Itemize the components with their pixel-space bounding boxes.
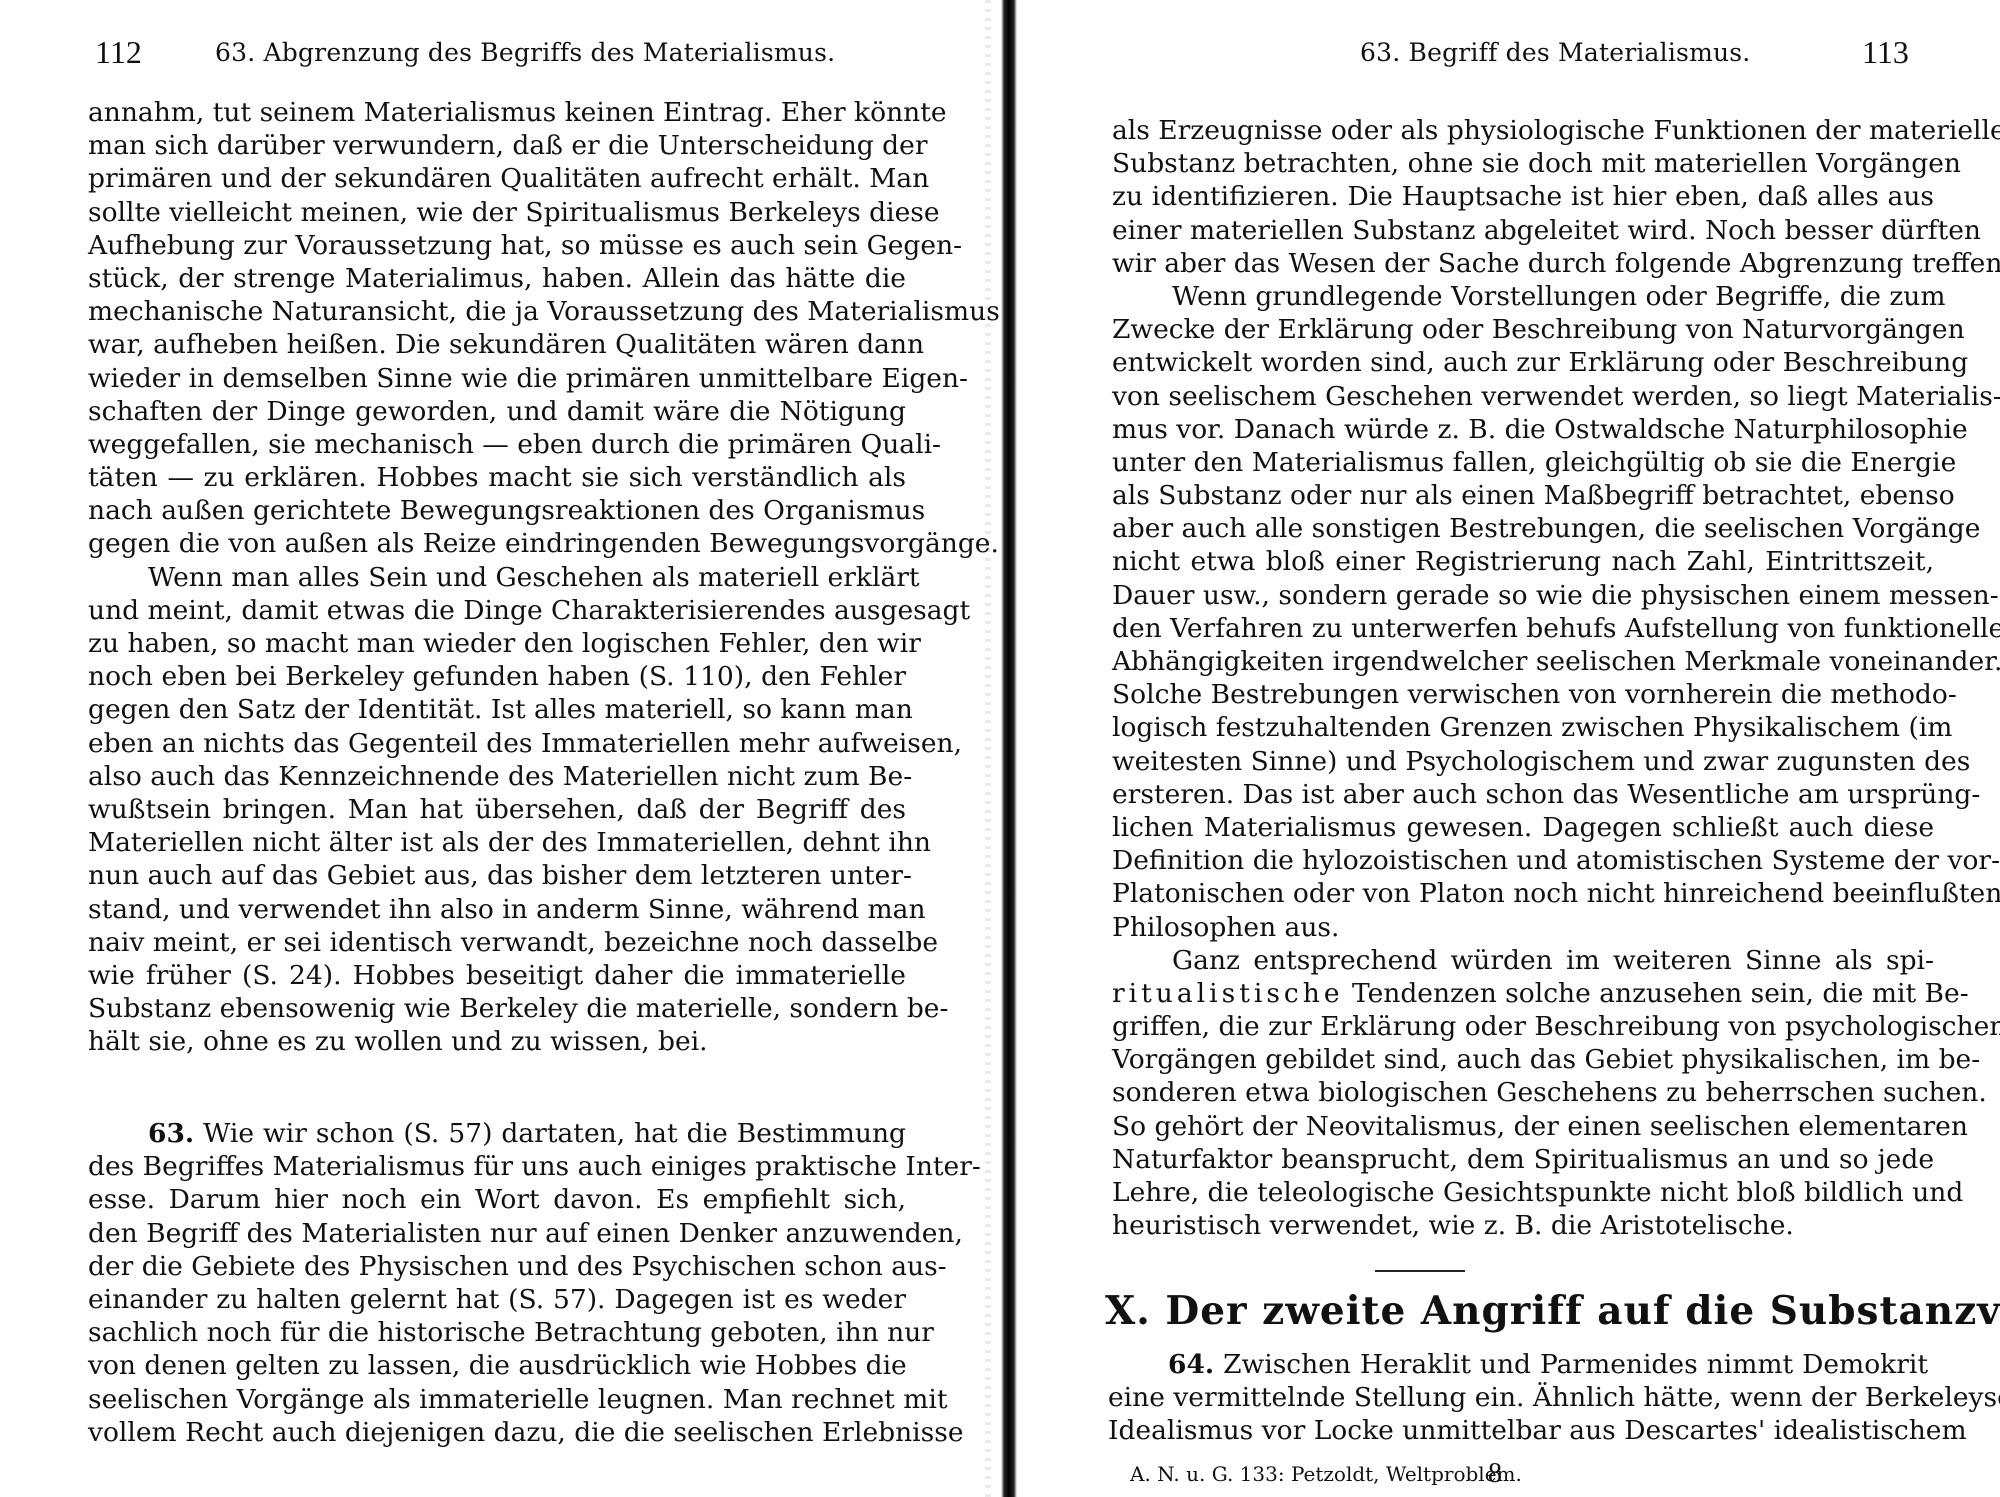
text-line: ersteren. Das ist aber auch schon das We…	[1112, 778, 1934, 811]
text-line: täten — zu erklären. Hobbes macht sie si…	[88, 461, 906, 494]
text-line: Materiellen nicht älter ist als der des …	[88, 826, 906, 859]
body-text: annahm, tut seinem Materialismus keinen …	[88, 96, 906, 1058]
text-line: aber auch alle sonstigen Bestrebungen, d…	[1112, 512, 1934, 545]
text-line: zu haben, so macht man wieder den logisc…	[88, 627, 906, 660]
text-line: den Begriff des Materialisten nur auf ei…	[88, 1217, 906, 1250]
text-line: sonderen etwa biologischen Geschehens zu…	[1112, 1076, 1934, 1109]
text-line: und meint, damit etwas die Dinge Charakt…	[88, 594, 906, 627]
text-line: annahm, tut seinem Materialismus keinen …	[88, 96, 906, 129]
text-line: Idealismus vor Locke unmittelbar aus Des…	[1108, 1414, 1928, 1447]
text-line: zu identifizieren. Die Hauptsache ist hi…	[1112, 180, 1934, 213]
text-line: Abhängigkeiten irgendwelcher seelischen …	[1112, 645, 1934, 678]
text-line: man sich darüber verwundern, daß er die …	[88, 129, 906, 162]
section-first-line: 63. Wie wir schon (S. 57) dartaten, hat …	[88, 1117, 906, 1150]
gutter-shadow	[985, 0, 991, 1497]
text-line: mus vor. Danach würde z. B. die Ostwalds…	[1112, 413, 1934, 446]
text-line: ritualistische Tendenzen solche anzusehe…	[1112, 977, 1934, 1010]
text-line: entwickelt worden sind, auch zur Erkläru…	[1112, 346, 1934, 379]
text-line: unter den Materialismus fallen, gleichgü…	[1112, 446, 1934, 479]
text-line: nicht etwa bloß einer Registrierung nach…	[1112, 545, 1934, 578]
text-line: den Verfahren zu unterwerfen behufs Aufs…	[1112, 612, 1934, 645]
text-line: Definition die hylozoistischen und atomi…	[1112, 844, 1934, 877]
text-line: einer materiellen Substanz abgeleitet wi…	[1112, 214, 1934, 247]
text-line: stand, und verwendet ihn also in anderm …	[88, 893, 906, 926]
text-line: gegen den Satz der Identität. Ist alles …	[88, 693, 906, 726]
section-63: 63. Wie wir schon (S. 57) dartaten, hat …	[88, 1117, 906, 1449]
text-line: gegen die von außen als Reize eindringen…	[88, 527, 906, 560]
text-line: Lehre, die teleologische Gesichtspunkte …	[1112, 1176, 1934, 1209]
text-line: wir aber das Wesen der Sache durch folge…	[1112, 247, 1934, 280]
text-line: sollte vielleicht meinen, wie der Spirit…	[88, 196, 906, 229]
page-number: 112	[95, 34, 142, 71]
text-line: also auch das Kennzeichnende des Materie…	[88, 760, 906, 793]
text-line: wieder in demselben Sinne wie die primär…	[88, 362, 906, 395]
section-number: 63.	[148, 1118, 194, 1149]
body-text: als Erzeugnisse oder als physiologische …	[1112, 114, 1934, 1242]
text-line: Philosophen aus.	[1112, 911, 1934, 944]
text-line: hält sie, ohne es zu wollen und zu wisse…	[88, 1025, 906, 1058]
text-line: wußtsein bringen. Man hat übersehen, daß…	[88, 793, 906, 826]
book-gutter	[1001, 0, 1017, 1497]
text-line: Naturfaktor beansprucht, dem Spiritualis…	[1112, 1143, 1934, 1176]
text-line: weitesten Sinne) und Psychologischem und…	[1112, 745, 1934, 778]
text-line: stück, der strenge Materialimus, haben. …	[88, 262, 906, 295]
page-number: 113	[1862, 34, 1909, 71]
text-line: Wenn man alles Sein und Geschehen als ma…	[88, 561, 906, 594]
section-first-line: 64. Zwischen Heraklit und Parmenides nim…	[1108, 1348, 1928, 1381]
text-line: noch eben bei Berkeley gefunden haben (S…	[88, 660, 906, 693]
text-line: als Substanz oder nur als einen Maßbegri…	[1112, 479, 1934, 512]
text-line: lichen Materialismus gewesen. Dagegen sc…	[1112, 811, 1934, 844]
text-line: esse. Darum hier noch ein Wort davon. Es…	[88, 1183, 906, 1216]
text-line: der die Gebiete des Physischen und des P…	[88, 1250, 906, 1283]
text-line: Zwischen Heraklit und Parmenides nimmt D…	[1223, 1349, 1928, 1380]
left-page: 112 63. Abgrenzung des Begriffs des Mate…	[0, 0, 960, 1497]
text-line: eben an nichts das Gegenteil des Immater…	[88, 727, 906, 760]
text-line: So gehört der Neovitalismus, der einen s…	[1112, 1110, 1934, 1143]
text-line: Zwecke der Erklärung oder Beschreibung v…	[1112, 313, 1934, 346]
text-line: nun auch auf das Gebiet aus, das bisher …	[88, 859, 906, 892]
text-line: einander zu halten gelernt hat (S. 57). …	[88, 1283, 906, 1316]
text-line: nach außen gerichtete Bewegungsreaktione…	[88, 494, 906, 527]
signature-mark: 8	[1488, 1458, 1502, 1490]
section-64: 64. Zwischen Heraklit und Parmenides nim…	[1108, 1348, 1928, 1448]
text-line: seelischen Vorgänge als immaterielle leu…	[88, 1383, 906, 1416]
text-line: mechanische Naturansicht, die ja Vorauss…	[88, 295, 906, 328]
running-head: 63. Abgrenzung des Begriffs des Material…	[215, 38, 835, 67]
text-line: Dauer usw., sondern gerade so wie die ph…	[1112, 579, 1934, 612]
text-line: des Begriffes Materialismus für uns auch…	[88, 1150, 906, 1183]
text-line: als Erzeugnisse oder als physiologische …	[1112, 114, 1934, 147]
text-line: griffen, die zur Erklärung oder Beschrei…	[1112, 1010, 1934, 1043]
text-line: Substanz betrachten, ohne sie doch mit m…	[1112, 147, 1934, 180]
text-line: vollem Recht auch diejenigen dazu, die d…	[88, 1416, 906, 1449]
text-line: Platonischen oder von Platon noch nicht …	[1112, 877, 1934, 910]
text-line: weggefallen, sie mechanisch — eben durch…	[88, 428, 906, 461]
text-line: Wenn grundlegende Vorstellungen oder Beg…	[1112, 280, 1934, 313]
text-line: Vorgängen gebildet sind, auch das Gebiet…	[1112, 1043, 1934, 1076]
text-line: war, aufheben heißen. Die sekundären Qua…	[88, 328, 906, 361]
section-number: 64.	[1168, 1349, 1214, 1380]
emphasis-spaced: ritualistische	[1112, 978, 1344, 1009]
right-page: 63. Begriff des Materialismus. 113 als E…	[1030, 0, 2000, 1497]
text-line: schaften der Dinge geworden, und damit w…	[88, 395, 906, 428]
text-line: logisch festzuhaltenden Grenzen zwischen…	[1112, 711, 1934, 744]
text-line: Wie wir schon (S. 57) dartaten, hat die …	[203, 1118, 906, 1149]
text-line: von seelischem Geschehen verwendet werde…	[1112, 380, 1934, 413]
chapter-heading: X. Der zweite Angriff auf die Substanzvo…	[1105, 1288, 2000, 1334]
footer-imprint: A. N. u. G. 133: Petzoldt, Weltproblem.	[1130, 1462, 1522, 1486]
text-line: heuristisch verwendet, wie z. B. die Ari…	[1112, 1209, 1934, 1242]
text-line: von denen gelten zu lassen, die ausdrück…	[88, 1349, 906, 1382]
text-line: Aufhebung zur Voraussetzung hat, so müss…	[88, 229, 906, 262]
text-line: Substanz ebensowenig wie Berkeley die ma…	[88, 992, 906, 1025]
text-line: eine vermittelnde Stellung ein. Ähnlich …	[1108, 1381, 1928, 1414]
text-line: sachlich noch für die historische Betrac…	[88, 1316, 906, 1349]
text-line: Ganz entsprechend würden im weiteren Sin…	[1112, 944, 1934, 977]
text-line: wie früher (S. 24). Hobbes beseitigt dah…	[88, 959, 906, 992]
text-line: primären und der sekundären Qualitäten a…	[88, 162, 906, 195]
text-line: naiv meint, er sei identisch verwandt, b…	[88, 926, 906, 959]
text-line: Solche Bestrebungen verwischen von vornh…	[1112, 678, 1934, 711]
section-divider	[1375, 1270, 1465, 1272]
running-head: 63. Begriff des Materialismus.	[1360, 38, 1750, 67]
